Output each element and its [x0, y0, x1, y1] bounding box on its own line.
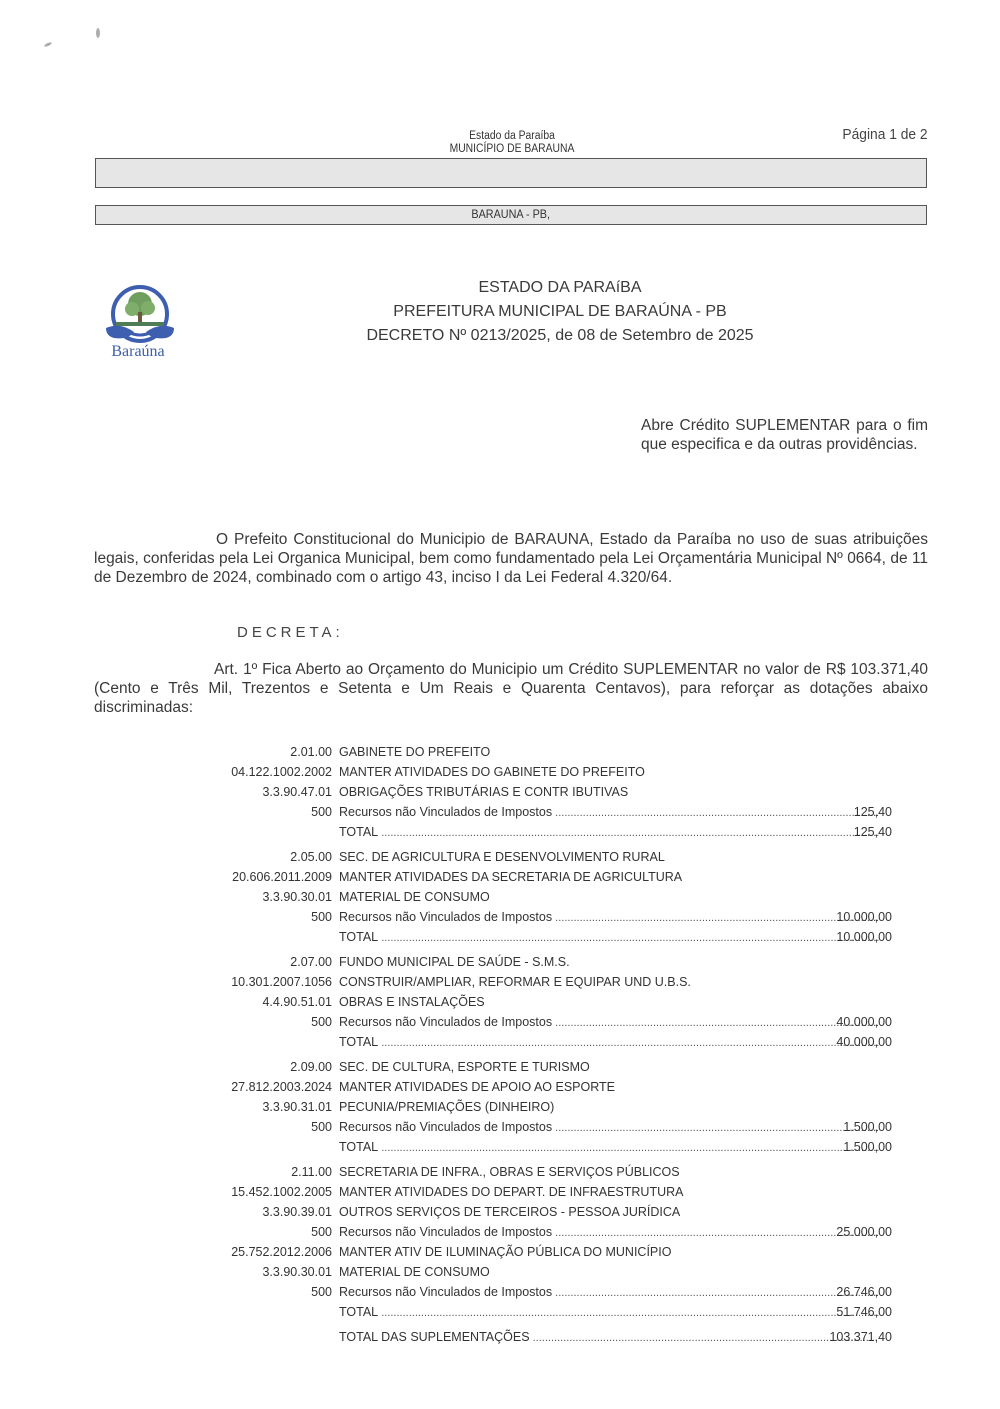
- row-description: TOTAL DAS SUPLEMENTAÇÕES: [339, 1327, 879, 1348]
- row-value: 1.500,00: [843, 1137, 892, 1157]
- row-code: 2.11.00: [291, 1162, 332, 1182]
- table-row: 2.11.00SECRETARIA DE INFRA., OBRAS E SER…: [94, 1162, 928, 1182]
- row-value: 10.000,00: [836, 907, 892, 927]
- row-description: MATERIAL DE CONSUMO: [339, 1262, 490, 1282]
- row-description: TOTAL: [339, 927, 879, 948]
- row-value: 1.500,00: [843, 1117, 892, 1137]
- table-row: 20.606.2011.2009MANTER ATIVIDADES DA SEC…: [94, 867, 928, 887]
- row-code: 3.3.90.30.01: [262, 887, 332, 907]
- row-value: 51.746,00: [836, 1302, 892, 1322]
- table-row: 15.452.1002.2005MANTER ATIVIDADES DO DEP…: [94, 1182, 928, 1202]
- row-description: TOTAL: [339, 1137, 879, 1158]
- row-code: 20.606.2011.2009: [232, 867, 332, 887]
- row-description: MANTER ATIVIDADES DE APOIO AO ESPORTE: [339, 1077, 615, 1097]
- row-description: OBRAS E INSTALAÇÕES: [339, 992, 485, 1012]
- title-state: ESTADO DA PARAíBA: [300, 276, 820, 300]
- decree-summary: Abre Crédito SUPLEMENTAR para o fim que …: [641, 416, 928, 454]
- row-code: 04.122.1002.2002: [231, 762, 332, 782]
- row-description: MANTER ATIVIDADES DO DEPART. DE INFRAEST…: [339, 1182, 684, 1202]
- article-1-paragraph: Art. 1º Fica Aberto ao Orçamento do Muni…: [94, 660, 928, 717]
- table-row: 2.01.00GABINETE DO PREFEITO: [94, 742, 928, 762]
- total-row: TOTAL1.500,00: [94, 1137, 928, 1157]
- table-row: 3.3.90.30.01MATERIAL DE CONSUMO: [94, 887, 928, 907]
- header-state-block: Estado da Paraíba MUNICÍPIO DE BARAUNA: [321, 130, 703, 156]
- title-prefeitura: PREFEITURA MUNICIPAL DE BARAÚNA - PB: [300, 300, 820, 324]
- row-description: TOTAL: [339, 1032, 879, 1053]
- row-code: 2.05.00: [290, 847, 332, 867]
- total-row: TOTAL40.000,00: [94, 1032, 928, 1052]
- row-code: 3.3.90.47.01: [262, 782, 332, 802]
- row-description: Recursos não Vinculados de Impostos: [339, 802, 879, 823]
- row-code: 3.3.90.31.01: [262, 1097, 332, 1117]
- table-row: 500Recursos não Vinculados de Impostos25…: [94, 1222, 928, 1242]
- header-state: Estado da Paraíba: [321, 130, 703, 143]
- table-row: 27.812.2003.2024MANTER ATIVIDADES DE APO…: [94, 1077, 928, 1097]
- row-value: 25.000,00: [836, 1222, 892, 1242]
- row-description: SEC. DE CULTURA, ESPORTE E TURISMO: [339, 1057, 590, 1077]
- header-municipality: MUNICÍPIO DE BARAUNA: [321, 143, 703, 156]
- table-row: 04.122.1002.2002MANTER ATIVIDADES DO GAB…: [94, 762, 928, 782]
- decreta-heading: DECRETA:: [237, 624, 344, 641]
- row-description: Recursos não Vinculados de Impostos: [339, 1117, 879, 1138]
- row-description: Recursos não Vinculados de Impostos: [339, 1282, 879, 1303]
- table-row: 500Recursos não Vinculados de Impostos26…: [94, 1282, 928, 1302]
- row-code: 3.3.90.39.01: [262, 1202, 332, 1222]
- row-code: 500: [311, 1012, 332, 1032]
- scan-speck-mark: [96, 28, 100, 38]
- row-description: Recursos não Vinculados de Impostos: [339, 1222, 879, 1243]
- table-row: 3.3.90.39.01OUTROS SERVIÇOS DE TERCEIROS…: [94, 1202, 928, 1222]
- table-row: 2.07.00FUNDO MUNICIPAL DE SAÚDE - S.M.S.: [94, 952, 928, 972]
- row-description: GABINETE DO PREFEITO: [339, 742, 490, 762]
- total-row: TOTAL DAS SUPLEMENTAÇÕES103.371,40: [94, 1327, 928, 1347]
- table-row: 4.4.90.51.01OBRAS E INSTALAÇÕES: [94, 992, 928, 1012]
- row-code: 2.09.00: [290, 1057, 332, 1077]
- row-value: 125,40: [854, 822, 892, 842]
- total-row: TOTAL51.746,00: [94, 1302, 928, 1322]
- row-code: 4.4.90.51.01: [262, 992, 332, 1012]
- title-decree-number: DECRETO Nº 0213/2025, de 08 de Setembro …: [300, 324, 820, 348]
- row-description: Recursos não Vinculados de Impostos: [339, 1012, 879, 1033]
- row-code: 25.752.2012.2006: [231, 1242, 332, 1262]
- row-description: TOTAL: [339, 1302, 879, 1323]
- table-row: 3.3.90.47.01OBRIGAÇÕES TRIBUTÁRIAS E CON…: [94, 782, 928, 802]
- row-description: Recursos não Vinculados de Impostos: [339, 907, 879, 928]
- table-row: 500Recursos não Vinculados de Impostos12…: [94, 802, 928, 822]
- header-blank-bar: [95, 158, 927, 188]
- row-description: FUNDO MUNICIPAL DE SAÚDE - S.M.S.: [339, 952, 570, 972]
- row-description: MANTER ATIVIDADES DA SECRETARIA DE AGRIC…: [339, 867, 682, 887]
- row-value: 26.746,00: [836, 1282, 892, 1302]
- row-description: OBRIGAÇÕES TRIBUTÁRIAS E CONTR IBUTIVAS: [339, 782, 628, 802]
- row-code: 500: [311, 1222, 332, 1242]
- row-description: MANTER ATIV DE ILUMINAÇÃO PÚBLICA DO MUN…: [339, 1242, 671, 1262]
- row-description: MATERIAL DE CONSUMO: [339, 887, 490, 907]
- table-row: 500Recursos não Vinculados de Impostos1.…: [94, 1117, 928, 1137]
- row-value: 40.000,00: [836, 1012, 892, 1032]
- table-row: 2.09.00SEC. DE CULTURA, ESPORTE E TURISM…: [94, 1057, 928, 1077]
- location-text: BARAUNA - PB,: [472, 206, 551, 223]
- table-row: 25.752.2012.2006MANTER ATIV DE ILUMINAÇÃ…: [94, 1242, 928, 1262]
- row-description: MANTER ATIVIDADES DO GABINETE DO PREFEIT…: [339, 762, 645, 782]
- row-description: SEC. DE AGRICULTURA E DESENVOLVIMENTO RU…: [339, 847, 665, 867]
- total-row: TOTAL10.000,00: [94, 927, 928, 947]
- row-code: 15.452.1002.2005: [231, 1182, 332, 1202]
- row-code: 2.01.00: [290, 742, 332, 762]
- table-row: 2.05.00SEC. DE AGRICULTURA E DESENVOLVIM…: [94, 847, 928, 867]
- row-description: SECRETARIA DE INFRA., OBRAS E SERVIÇOS P…: [339, 1162, 680, 1182]
- page-indicator: Página 1 de 2: [843, 126, 928, 143]
- table-row: 3.3.90.30.01MATERIAL DE CONSUMO: [94, 1262, 928, 1282]
- row-value: 10.000,00: [836, 927, 892, 947]
- row-code: 2.07.00: [290, 952, 332, 972]
- row-code: 500: [311, 1282, 332, 1302]
- row-code: 500: [311, 802, 332, 822]
- appropriations-list: 2.01.00GABINETE DO PREFEITO04.122.1002.2…: [94, 742, 928, 1347]
- row-code: 10.301.2007.1056: [231, 972, 332, 992]
- scan-speck-mark: [44, 41, 53, 47]
- row-value: 40.000,00: [836, 1032, 892, 1052]
- row-description: TOTAL: [339, 822, 879, 843]
- table-row: 500Recursos não Vinculados de Impostos40…: [94, 1012, 928, 1032]
- row-code: 500: [311, 907, 332, 927]
- table-row: 500Recursos não Vinculados de Impostos10…: [94, 907, 928, 927]
- logo-text: Baraúna: [96, 343, 180, 361]
- row-description: OUTROS SERVIÇOS DE TERCEIROS - PESSOA JU…: [339, 1202, 680, 1222]
- preamble-paragraph: O Prefeito Constitucional do Municipio d…: [94, 530, 928, 587]
- table-row: 10.301.2007.1056CONSTRUIR/AMPLIAR, REFOR…: [94, 972, 928, 992]
- total-row: TOTAL125,40: [94, 822, 928, 842]
- row-code: 500: [311, 1117, 332, 1137]
- row-code: 27.812.2003.2024: [231, 1077, 332, 1097]
- table-row: 3.3.90.31.01PECUNIA/PREMIAÇÕES (DINHEIRO…: [94, 1097, 928, 1117]
- row-description: CONSTRUIR/AMPLIAR, REFORMAR E EQUIPAR UN…: [339, 972, 691, 992]
- location-bar: BARAUNA - PB,: [95, 205, 927, 225]
- row-value: 125,40: [854, 802, 892, 822]
- row-description: PECUNIA/PREMIAÇÕES (DINHEIRO): [339, 1097, 554, 1117]
- row-value: 103.371,40: [829, 1327, 892, 1347]
- row-code: 3.3.90.30.01: [262, 1262, 332, 1282]
